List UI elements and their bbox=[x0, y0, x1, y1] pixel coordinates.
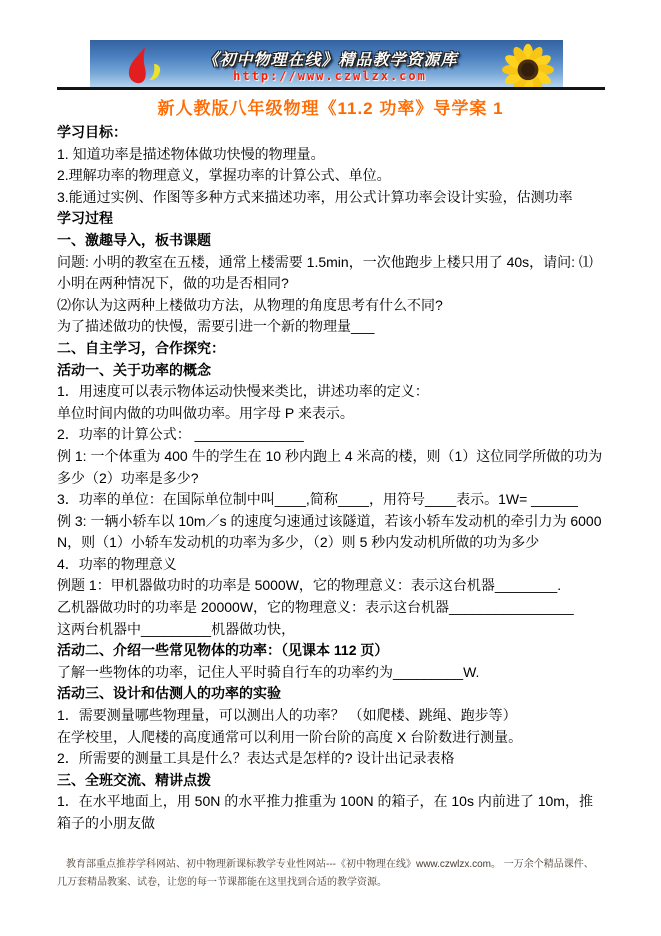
question-2: ⑵你认为这两种上楼做功方法，从物理的角度思考有什么不同? bbox=[57, 295, 606, 317]
section-3-heading: 三、全班交流、精讲点拨 bbox=[57, 770, 606, 792]
document-page: 《初中物理在线》精品教学资源库 http://www.czwlzx.com bbox=[0, 0, 661, 936]
banner-text-block: 《初中物理在线》精品教学资源库 http://www.czwlzx.com bbox=[180, 42, 480, 88]
example-1: 例 1: 一个体重为 400 牛的学生在 10 秒内跑上 4 米高的楼，则（1）… bbox=[57, 446, 606, 489]
section-3-item-1: 1．在水平地面上，用 50N 的水平推力推重为 100N 的箱子，在 10s 内… bbox=[57, 791, 606, 834]
activity-3-note: 在学校里，人爬楼的高度通常可以利用一阶台阶的高度 X 台阶数进行测量。 bbox=[57, 727, 606, 749]
goal-item-2: 2.理解功率的物理意义，掌握功率的计算公式、单位。 bbox=[57, 165, 606, 187]
activity-1-heading: 活动一、关于功率的概念 bbox=[57, 360, 606, 382]
example-3: 例 3: 一辆小轿车以 10m／s 的速度匀速通过该隧道，若该小轿车发动机的牵引… bbox=[57, 511, 606, 554]
example-power-b: 乙机器做功时的功率是 20000W，它的物理意义：表示这台机器_________… bbox=[57, 597, 606, 619]
document-body: 学习目标： 1. 知道功率是描述物体做功快慢的物理量。 2.理解功率的物理意义，… bbox=[57, 122, 606, 835]
activity-3-heading: 活动三、设计和估测人的功率的实验 bbox=[57, 683, 606, 705]
goals-heading: 学习目标： bbox=[57, 122, 606, 144]
question-intro: 问题: 小明的教室在五楼，通常上楼需要 1.5min，一次他跑步上楼只用了 40… bbox=[57, 252, 606, 295]
footer-line-1: 教育部重点推荐学科网站、初中物理新课标教学专业性网站---《初中物理在线》www… bbox=[57, 856, 617, 874]
site-name: 《初中物理在线》精品教学资源库 bbox=[202, 47, 457, 70]
goal-item-3: 3.能通过实例、作图等多种方式来描述功率，用公式计算功率会设计实验，估测功率 bbox=[57, 187, 606, 209]
activity-1-item-2: 2．功率的计算公式： ______________ bbox=[57, 424, 606, 446]
activity-1-item-1: 1．用速度可以表示物体运动快慢来类比，讲述功率的定义： bbox=[57, 381, 606, 403]
site-logo-icon bbox=[118, 46, 170, 86]
activity-1-item-3: 3．功率的单位：在国际单位制中叫____,简称____，用符号____表示。1W… bbox=[57, 489, 606, 511]
section-2-heading: 二、自主学习，合作探究： bbox=[57, 338, 606, 360]
activity-3-item-1: 1．需要测量哪些物理量，可以测出人的功率？ （如爬楼、跳绳、跑步等） bbox=[57, 705, 606, 727]
activity-3-item-2: 2．所需要的测量工具是什么？表达式是怎样的? 设计出记录表格 bbox=[57, 748, 606, 770]
activity-1-definition: 单位时间内做的功叫做功率。用字母 P 来表示。 bbox=[57, 403, 606, 425]
page-footer: 教育部重点推荐学科网站、初中物理新课标教学专业性网站---《初中物理在线》www… bbox=[57, 856, 617, 892]
sunflower-icon bbox=[497, 42, 559, 88]
site-url[interactable]: http://www.czwlzx.com bbox=[233, 69, 427, 83]
goal-item-1: 1. 知道功率是描述物体做功快慢的物理量。 bbox=[57, 144, 606, 166]
example-power-a: 例题 1：甲机器做功时的功率是 5000W，它的物理意义：表示这台机器_____… bbox=[57, 575, 606, 597]
activity-2-line: 了解一些物体的功率，记住人平时骑自行车的功率约为_________W. bbox=[57, 662, 606, 684]
footer-line-2: 几万套精品教案、试卷，让您的每一节课都能在这里找到合适的教学资源。 bbox=[57, 874, 617, 892]
process-heading: 学习过程 bbox=[57, 208, 606, 230]
site-banner: 《初中物理在线》精品教学资源库 http://www.czwlzx.com bbox=[90, 40, 563, 88]
activity-2-heading: 活动二、介绍一些常见物体的功率：（见课本 112 页） bbox=[57, 640, 606, 662]
page-title: 新人教版八年级物理《11.2 功率》导学案 1 bbox=[0, 94, 661, 119]
question-note: 为了描述做功的快慢，需要引进一个新的物理量___ bbox=[57, 316, 606, 338]
banner-divider bbox=[57, 87, 605, 90]
activity-1-item-4: 4．功率的物理意义 bbox=[57, 554, 606, 576]
section-1-heading: 一、激趣导入，板书课题 bbox=[57, 230, 606, 252]
example-power-c: 这两台机器中_________机器做功快， bbox=[57, 619, 606, 641]
